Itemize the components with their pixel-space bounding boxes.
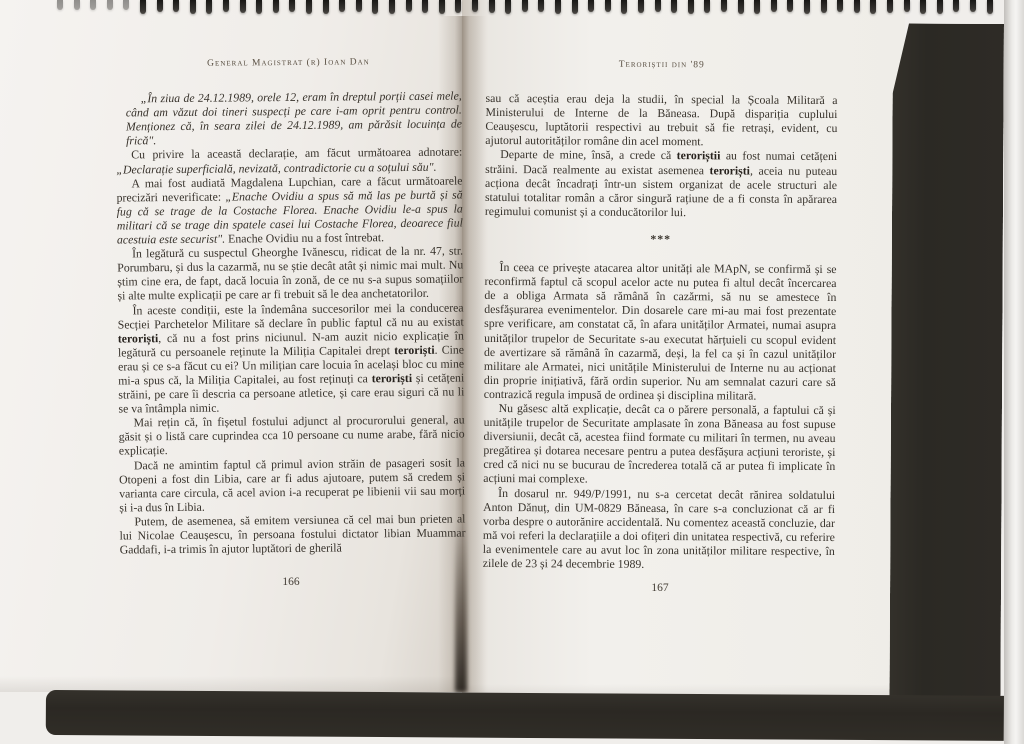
text-run: În legătură cu suspectul Gheorghe Ivănes…: [117, 244, 463, 303]
spiral-prong: [754, 0, 760, 14]
spiral-prong: [621, 0, 627, 14]
spiral-prong: [323, 0, 329, 14]
text-run: Mai rețin că, în fișetul fostului adjunc…: [119, 413, 465, 458]
spiral-prong: [505, 0, 511, 14]
spiral-prong: [987, 0, 993, 14]
paragraph: În ceea ce privește atacarea altor unită…: [484, 260, 837, 403]
text-run: Departe de mine, însă, a crede că: [500, 147, 677, 162]
paragraph: Nu găsesc altă explicație, decât ca o pă…: [483, 401, 836, 488]
spiral-prong: [57, 0, 63, 10]
spiral-prong: [240, 0, 246, 13]
spiral-prong: [787, 0, 793, 12]
left-page-text: General Magistrat (r) Ioan Dan „În ziua …: [115, 55, 466, 658]
paragraph: În dosarul nr. 949/P/1991, nu s-a cercet…: [483, 485, 836, 572]
spiral-prong: [920, 0, 926, 14]
spiral-prong: [837, 0, 843, 12]
spiral-prong: [887, 0, 893, 13]
spiral-prong: [953, 0, 959, 12]
right-page-body: sau că aceștia erau deja la studii, în s…: [483, 91, 838, 572]
left-page-number: 166: [118, 576, 464, 588]
paragraph: Departe de mine, însă, a crede că terori…: [485, 147, 837, 220]
spiral-prong: [306, 0, 312, 14]
spiral-prong: [90, 0, 96, 10]
spiral-prong: [140, 0, 146, 14]
paragraph: În aceste condiții, este la îndemâna suc…: [118, 300, 465, 416]
spiral-prong: [937, 0, 943, 14]
spiral-prong: [472, 0, 478, 12]
spiral-prong: [107, 0, 113, 10]
right-edge-band: [889, 23, 1004, 737]
spiral-prong: [157, 0, 163, 12]
bottom-edge-band: [46, 690, 1004, 741]
paragraph: Dacă ne amintim faptul că primul avion s…: [119, 455, 465, 514]
paragraph: „În ziua de 24.12.1989, orele 12, eram î…: [116, 89, 462, 148]
spiral-prong: [804, 0, 810, 14]
spiral-prong: [190, 0, 196, 14]
spiral-prong: [605, 0, 611, 12]
text-run: Nu găsesc altă explicație, decât ca o pă…: [483, 401, 836, 486]
text-run: sau că aceștia erau deja la studii, în s…: [485, 91, 837, 149]
text-run: În ceea ce privește atacarea altor unită…: [484, 260, 837, 402]
spiral-prong: [406, 0, 412, 12]
spiral-prong: [74, 0, 80, 10]
spiral-prong: [721, 0, 727, 12]
spiral-binding: [0, 0, 1024, 20]
spiral-prong: [273, 0, 279, 13]
spiral-prong: [206, 0, 212, 14]
text-run: „În ziua de 24.12.1989, orele 12, eram î…: [126, 89, 462, 148]
spiral-prong: [688, 0, 694, 14]
spiral-prong: [489, 0, 495, 13]
spiral-prong: [522, 0, 528, 12]
right-running-head: Teroriștii din '89: [486, 57, 838, 73]
right-page-text: Teroriștii din '89 sau că aceștia erau d…: [482, 57, 838, 659]
spiral-prong: [970, 0, 976, 12]
spiral-prong: [256, 0, 262, 14]
left-running-head: General Magistrat (r) Ioan Dan: [115, 55, 461, 72]
spiral-prong: [671, 0, 677, 13]
text-run: Dacă ne amintim faptul că primul avion s…: [119, 455, 465, 514]
text-run: Enache Ovidiu nu a fost întrebat.: [225, 230, 384, 245]
spiral-prong: [356, 0, 362, 12]
spiral-prong: [389, 0, 395, 14]
text-run: ***: [650, 232, 671, 246]
spiral-prong: [455, 0, 461, 13]
spiral-prong: [854, 0, 860, 13]
spiral-prong: [904, 0, 910, 12]
right-light-strip: [1004, 0, 1024, 744]
spiral-prong: [588, 0, 594, 12]
spiral-prong: [771, 0, 777, 12]
spiral-prong: [738, 0, 744, 14]
spiral-prong: [123, 0, 129, 10]
paragraph: sau că aceștia erau deja la studii, în s…: [485, 91, 837, 150]
paragraph: Cu privire la această declarație, am făc…: [116, 145, 462, 176]
text-run: Putem, de asemenea, să emitem versiunea …: [119, 511, 465, 556]
emphasis-text: teroriștii: [677, 149, 721, 163]
spiral-prong: [289, 0, 295, 12]
spiral-prong: [572, 0, 578, 14]
spiral-prong: [372, 0, 378, 14]
paragraph: A mai fost audiată Magdalena Lupchian, c…: [116, 173, 463, 246]
spiral-prong: [704, 0, 710, 13]
left-page-body: „În ziua de 24.12.1989, orele 12, eram î…: [116, 89, 466, 557]
paragraph: Putem, de asemenea, să emitem versiunea …: [119, 511, 465, 556]
emphasis-text: teroriști: [118, 331, 159, 345]
text-run: În aceste condiții, este la îndemâna suc…: [118, 300, 464, 331]
spiral-prong: [439, 0, 445, 14]
spiral-prong: [339, 0, 345, 12]
spiral-prong: [422, 0, 428, 13]
spiral-prong: [223, 0, 229, 12]
spiral-prong: [655, 0, 661, 12]
spiral-prong: [555, 0, 561, 14]
section-separator: ***: [485, 231, 837, 247]
spiral-prong: [638, 0, 644, 13]
spiral-prong: [538, 0, 544, 12]
emphasis-text: teroriști: [394, 343, 435, 357]
emphasis-text: teroriști: [372, 371, 413, 385]
paragraph: Mai rețin că, în fișetul fostului adjunc…: [119, 413, 465, 458]
spiral-prong: [173, 0, 179, 12]
spiral-prong: [821, 0, 827, 13]
spiral-prong: [870, 0, 876, 14]
paragraph: În legătură cu suspectul Gheorghe Ivănes…: [117, 244, 463, 303]
emphasis-text: teroriști: [710, 163, 750, 177]
text-run: În dosarul nr. 949/P/1991, nu s-a cercet…: [483, 486, 836, 571]
right-page-number: 167: [484, 582, 836, 594]
scanned-book-spread: General Magistrat (r) Ioan Dan „În ziua …: [0, 0, 1024, 744]
